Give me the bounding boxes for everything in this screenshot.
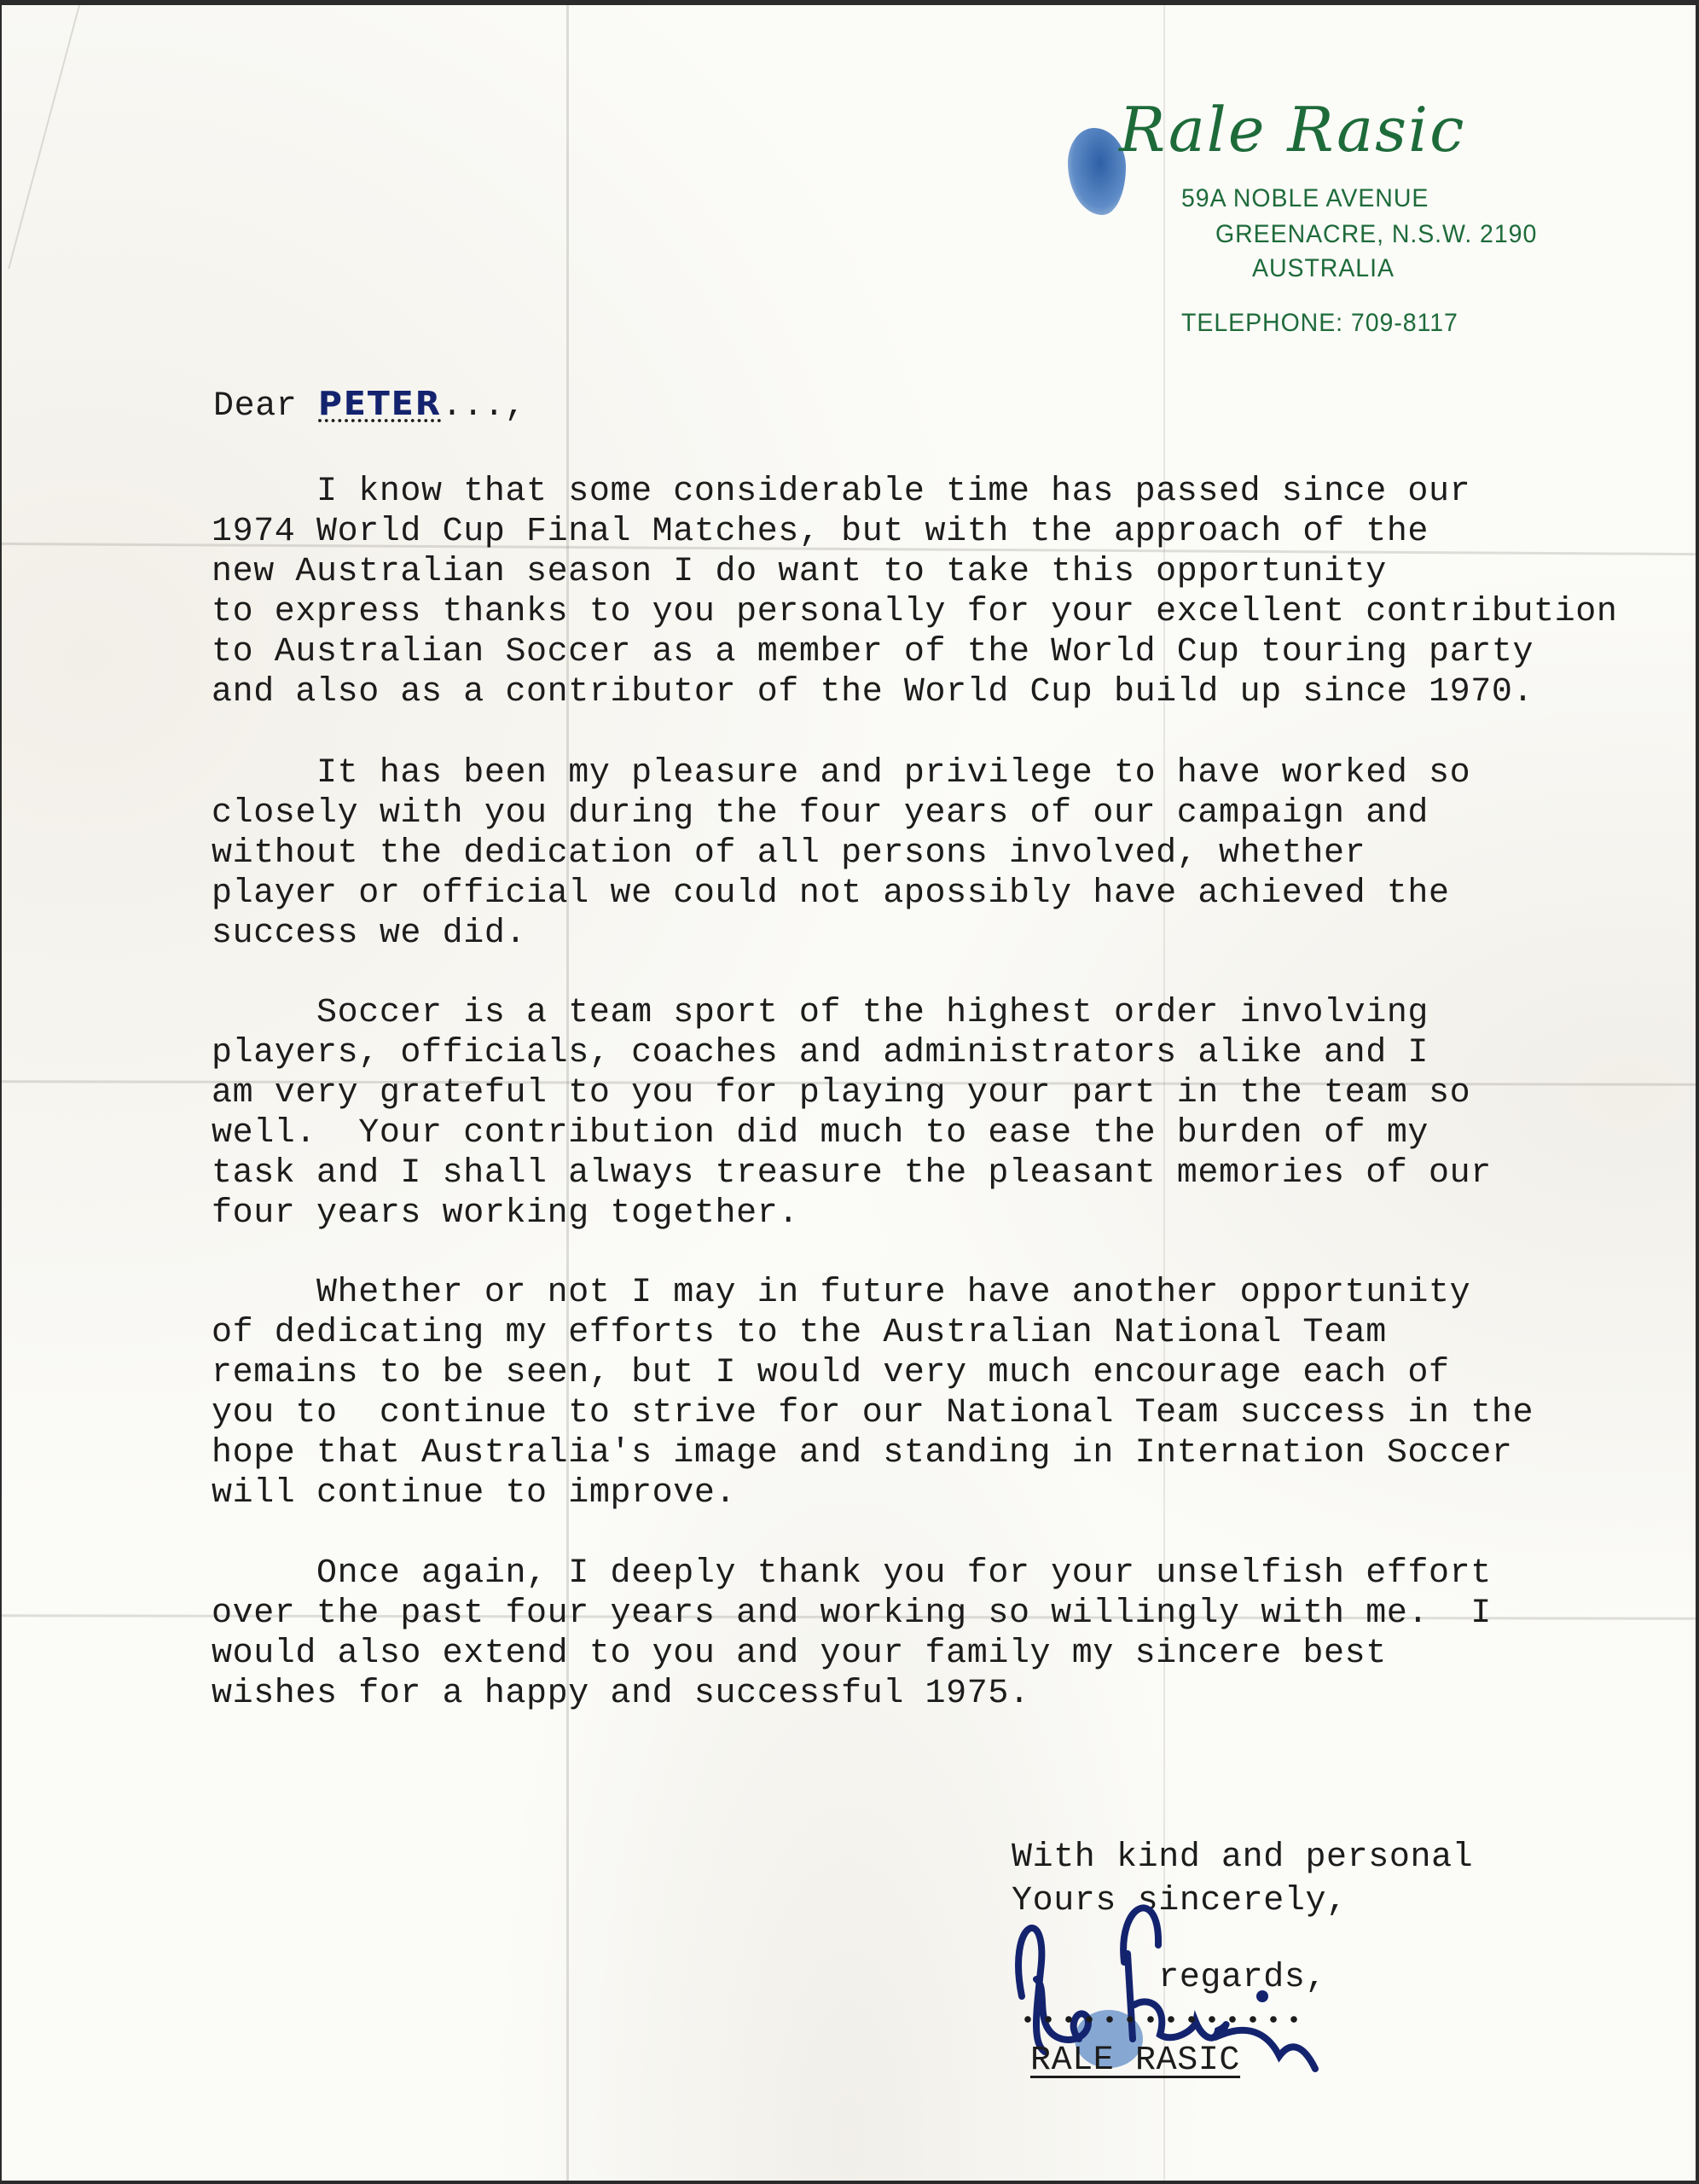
body-line: am very grateful to you for playing your… [212, 1073, 1492, 1113]
letterhead-address-line3: AUSTRALIA [1252, 254, 1395, 283]
body-line: to express thanks to you personally for … [212, 592, 1617, 632]
body-line: four years working together. [212, 1194, 1492, 1234]
body-line: success we did. [212, 914, 1470, 954]
body-line: player or official we could not apossibl… [212, 874, 1470, 914]
body-line: to Australian Soccer as a member of the … [212, 632, 1617, 672]
body-line: I know that some considerable time has p… [212, 472, 1617, 512]
body-line: Once again, I deeply thank you for your … [212, 1554, 1492, 1594]
body-line: closely with you during the four years o… [212, 793, 1470, 834]
letterhead-address-line1: 59A NOBLE AVENUE [1181, 184, 1429, 213]
body-line: without the dedication of all persons in… [212, 834, 1470, 874]
body-line: Soccer is a team sport of the highest or… [212, 993, 1492, 1033]
body-line: would also extend to you and your family… [212, 1634, 1492, 1674]
body-line: remains to be seen, but I would very muc… [212, 1353, 1534, 1393]
body-line: players, officials, coaches and administ… [212, 1033, 1492, 1073]
body-line: wishes for a happy and successful 1975. [212, 1674, 1492, 1714]
body-paragraph: Once again, I deeply thank you for your … [212, 1554, 1492, 1714]
fold-crease [8, 5, 80, 269]
salutation: Dear PETER..., [213, 384, 525, 427]
typed-signatory-name: RALE RASIC [1030, 2041, 1240, 2081]
body-line: over the past four years and working so … [212, 1594, 1492, 1634]
body-line: you to continue to strive for our Nation… [212, 1393, 1534, 1433]
body-paragraph: It has been my pleasure and privilege to… [212, 753, 1470, 954]
salutation-dear: Dear [213, 387, 318, 426]
body-line: Whether or not I may in future have anot… [212, 1273, 1534, 1313]
body-line: It has been my pleasure and privilege to… [212, 753, 1470, 793]
signature-dotted-line [1018, 2015, 1299, 2024]
salutation-trailing: ..., [442, 387, 525, 426]
body-line: hope that Australia's image and standing… [212, 1433, 1534, 1473]
body-paragraph: I know that some considerable time has p… [212, 472, 1617, 712]
letterhead-name: Rale Rasic [1119, 94, 1465, 166]
body-line: and also as a contributor of the World C… [212, 672, 1617, 712]
body-paragraph: Whether or not I may in future have anot… [212, 1273, 1534, 1513]
body-line: of dedicating my efforts to the Australi… [212, 1313, 1534, 1353]
body-line: 1974 World Cup Final Matches, but with t… [212, 512, 1617, 552]
recipient-name-handwritten: PETER [318, 385, 442, 422]
body-paragraph: Soccer is a team sport of the highest or… [212, 993, 1492, 1234]
letterhead-telephone: TELEPHONE: 709-8117 [1181, 309, 1458, 338]
body-line: well. Your contribution did much to ease… [212, 1113, 1492, 1153]
body-line: will continue to improve. [212, 1473, 1534, 1513]
body-line: task and I shall always treasure the ple… [212, 1153, 1492, 1194]
letterhead-address-line2: GREENACRE, N.S.W. 2190 [1215, 220, 1537, 249]
body-line: new Australian season I do want to take … [212, 552, 1617, 592]
